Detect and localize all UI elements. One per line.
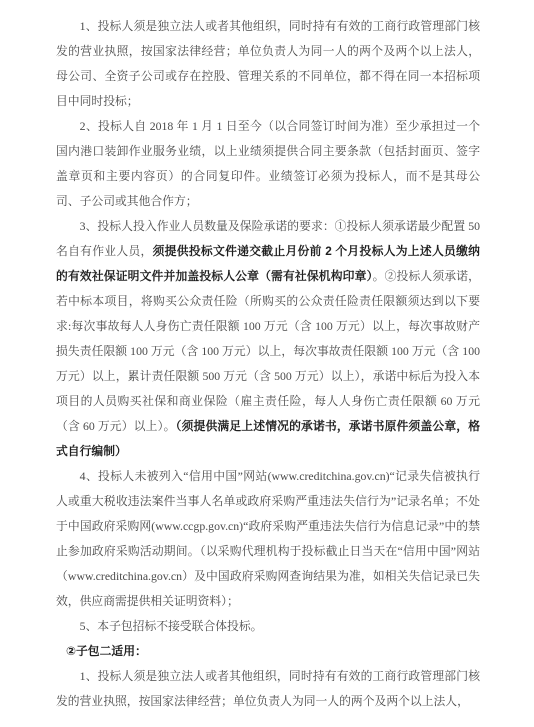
heading-subpackage2: ②子包二适用： bbox=[56, 639, 480, 664]
para-subpackage1-clause3: 3、投标人投入作业人员数量及保险承诺的要求：①投标人须承诺最少配置 50 名自有… bbox=[56, 214, 480, 464]
para-subpackage2-clause1: 1、投标人须是独立法人或者其他组织，同时持有有效的工商行政管理部门核发的营业执照… bbox=[56, 664, 480, 714]
text-run: 4、投标人未被列入“信用中国”网站(www.creditchina.gov.cn… bbox=[56, 469, 480, 608]
text-run: 2、投标人自 2018 年 1 月 1 日至今（以合同签订时间为准）至少承担过一… bbox=[56, 119, 480, 208]
para-subpackage1-clause5: 5、本子包招标不接受联合体投标。 bbox=[56, 614, 480, 639]
text-run: 1、投标人须是独立法人或者其他组织，同时持有有效的工商行政管理部门核发的营业执照… bbox=[56, 19, 480, 108]
para-subpackage1-clause2: 2、投标人自 2018 年 1 月 1 日至今（以合同签订时间为准）至少承担过一… bbox=[56, 114, 480, 214]
text-run: 1、投标人须是独立法人或者其他组织，同时持有有效的工商行政管理部门核发的营业执照… bbox=[56, 669, 480, 708]
document-page: 1、投标人须是独立法人或者其他组织，同时持有有效的工商行政管理部门核发的营业执照… bbox=[0, 0, 534, 727]
text-run: 。②投标人须承诺，若中标本项目，将购买公众责任险（所购买的公众责任险责任限额须达… bbox=[56, 269, 480, 433]
para-subpackage1-clause1: 1、投标人须是独立法人或者其他组织，同时持有有效的工商行政管理部门核发的营业执照… bbox=[56, 14, 480, 114]
heading-text: ②子包二适用： bbox=[66, 644, 147, 658]
text-run: 5、本子包招标不接受联合体投标。 bbox=[80, 619, 263, 633]
para-subpackage1-clause4: 4、投标人未被列入“信用中国”网站(www.creditchina.gov.cn… bbox=[56, 464, 480, 614]
